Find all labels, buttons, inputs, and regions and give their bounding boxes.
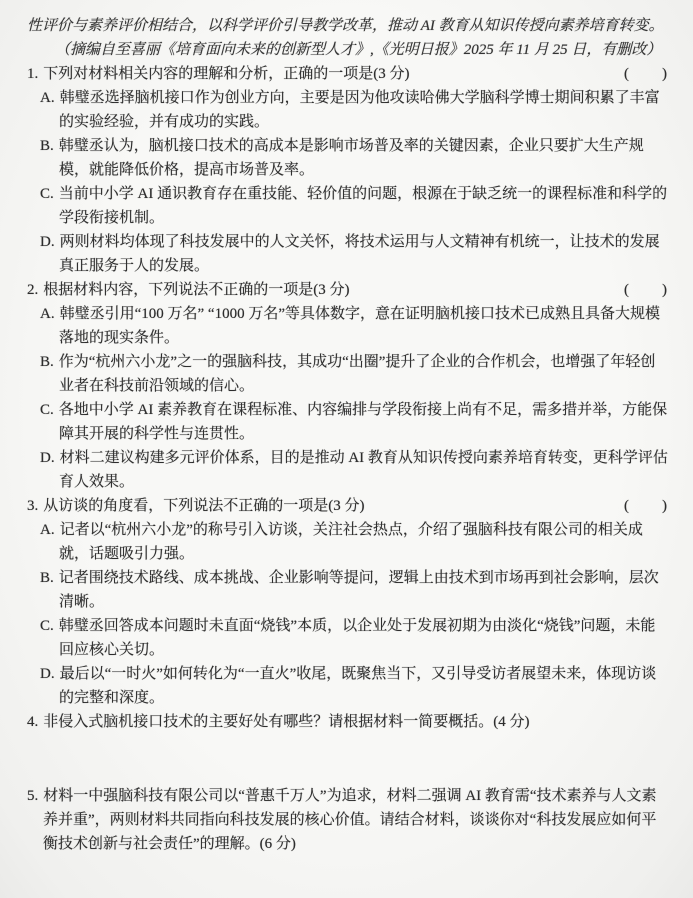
option-label: A. xyxy=(40,306,55,322)
question-stem-text: 非侵入式脑机接口技术的主要好处有哪些？请根据材料一简要概括。(4 分) xyxy=(43,714,529,730)
question-2-option-d: D.材料二建议构建多元评价体系，目的是推动 AI 教育从知识传授向素养培育转变，… xyxy=(40,446,668,494)
question-1-option-a: A.韩璧丞选择脑机接口作为创业方向，主要是因为他攻读哈佛大学脑科学博士期间积累了… xyxy=(40,86,668,134)
question-4-stem: 4.非侵入式脑机接口技术的主要好处有哪些？请根据材料一简要概括。(4 分) xyxy=(27,710,668,734)
question-number: 1. xyxy=(27,62,38,86)
question-3-option-b: B.记者围绕技术路线、成本挑战、企业影响等提问，逻辑上由技术到市场再到社会影响，… xyxy=(40,566,668,614)
question-5: 5.材料一中强脑科技有限公司以“普惠千万人”为追求，材料二强调 AI 教育需“技… xyxy=(27,784,668,856)
option-text: 最后以“一时火”如何转化为“一直火”收尾，既聚焦当下，又引导受访者展望未来，体现… xyxy=(59,666,656,706)
question-stem-text: 从访谈的角度看，下列说法不正确的一项是(3 分) xyxy=(43,494,616,518)
option-text: 作为“杭州六小龙”之一的强脑科技，其成功“出圈”提升了企业的合作机会，也增强了年… xyxy=(59,354,656,394)
option-text: 韩璧丞认为，脑机接口技术的高成本是影响市场普及率的关键因素，企业只要扩大生产规模… xyxy=(59,138,644,178)
option-text: 当前中小学 AI 通识教育存在重技能、轻价值的问题，根源在于缺乏统一的课程标准和… xyxy=(59,186,667,226)
intro-line-1: 性评价与素养评价相结合，以科学评价引导教学改革，推动 AI 教育从知识传授向素养… xyxy=(27,14,668,38)
question-1-stem: 1. 下列对材料相关内容的理解和分析，正确的一项是(3 分) ( ) xyxy=(27,62,668,86)
question-2-option-b: B.作为“杭州六小龙”之一的强脑科技，其成功“出圈”提升了企业的合作机会，也增强… xyxy=(40,350,668,398)
question-stem-text: 材料一中强脑科技有限公司以“普惠千万人”为追求，材料二强调 AI 教育需“技术素… xyxy=(43,788,657,852)
question-3-option-a: A.记者以“杭州六小龙”的称号引入访谈，关注社会热点，介绍了强脑科技有限公司的相… xyxy=(40,518,668,566)
option-label: D. xyxy=(40,234,55,250)
exam-page: 性评价与素养评价相结合，以科学评价引导教学改革，推动 AI 教育从知识传授向素养… xyxy=(0,0,693,898)
option-label: B. xyxy=(40,354,54,370)
option-text: 材料二建议构建多元评价体系，目的是推动 AI 教育从知识传授向素养培育转变，更科… xyxy=(59,450,668,490)
option-label: D. xyxy=(40,450,55,466)
option-text: 两则材料均体现了科技发展中的人文关怀，将技术运用与人文精神有机统一，让技术的发展… xyxy=(59,234,660,274)
question-number: 5. xyxy=(27,788,38,804)
question-number: 2. xyxy=(27,278,38,302)
option-text: 韩璧丞引用“100 万名” “1000 万名”等具体数字，意在证明脑机接口技术已… xyxy=(59,306,660,346)
question-2-stem: 2. 根据材料内容，下列说法不正确的一项是(3 分) ( ) xyxy=(27,278,668,302)
option-label: C. xyxy=(40,186,54,202)
question-2-option-a: A.韩璧丞引用“100 万名” “1000 万名”等具体数字，意在证明脑机接口技… xyxy=(40,302,668,350)
question-1-option-d: D.两则材料均体现了科技发展中的人文关怀，将技术运用与人文精神有机统一，让技术的… xyxy=(40,230,668,278)
question-3-option-d: D.最后以“一时火”如何转化为“一直火”收尾，既聚焦当下，又引导受访者展望未来，… xyxy=(40,662,668,710)
option-text: 韩璧丞选择脑机接口作为创业方向，主要是因为他攻读哈佛大学脑科学博士期间积累了丰富… xyxy=(59,90,660,130)
answer-brackets: ( ) xyxy=(624,494,668,518)
question-1-option-c: C.当前中小学 AI 通识教育存在重技能、轻价值的问题，根源在于缺乏统一的课程标… xyxy=(40,182,668,230)
option-text: 各地中小学 AI 素养教育在课程标准、内容编排与学段衔接上尚有不足，需多措并举，… xyxy=(59,402,667,442)
answer-brackets: ( ) xyxy=(624,62,668,86)
option-text: 记者围绕技术路线、成本挑战、企业影响等提问，逻辑上由技术到市场再到社会影响，层次… xyxy=(59,570,659,610)
option-label: B. xyxy=(40,570,54,586)
question-3-option-c: C.韩璧丞回答成本问题时未直面“烧钱”本质，以企业处于发展初期为由淡化“烧钱”问… xyxy=(40,614,668,662)
question-3: 3. 从访谈的角度看，下列说法不正确的一项是(3 分) ( ) A.记者以“杭州… xyxy=(27,494,668,710)
question-number: 4. xyxy=(27,714,38,730)
answer-brackets: ( ) xyxy=(624,278,668,302)
option-label: C. xyxy=(40,618,54,634)
question-4: 4.非侵入式脑机接口技术的主要好处有哪些？请根据材料一简要概括。(4 分) xyxy=(27,710,668,734)
question-3-stem: 3. 从访谈的角度看，下列说法不正确的一项是(3 分) ( ) xyxy=(27,494,668,518)
option-label: C. xyxy=(40,402,54,418)
question-number: 3. xyxy=(27,494,38,518)
question-stem-text: 下列对材料相关内容的理解和分析，正确的一项是(3 分) xyxy=(43,62,616,86)
answer-writing-space xyxy=(27,734,668,784)
question-2-option-c: C.各地中小学 AI 素养教育在课程标准、内容编排与学段衔接上尚有不足，需多措并… xyxy=(40,398,668,446)
question-5-stem: 5.材料一中强脑科技有限公司以“普惠千万人”为追求，材料二强调 AI 教育需“技… xyxy=(27,784,668,856)
question-1: 1. 下列对材料相关内容的理解和分析，正确的一项是(3 分) ( ) A.韩璧丞… xyxy=(27,62,668,278)
option-label: B. xyxy=(40,138,54,154)
question-2: 2. 根据材料内容，下列说法不正确的一项是(3 分) ( ) A.韩璧丞引用“1… xyxy=(27,278,668,494)
option-text: 韩璧丞回答成本问题时未直面“烧钱”本质，以企业处于发展初期为由淡化“烧钱”问题，… xyxy=(59,618,656,658)
option-label: A. xyxy=(40,522,55,538)
option-text: 记者以“杭州六小龙”的称号引入访谈，关注社会热点，介绍了强脑科技有限公司的相关成… xyxy=(59,522,643,562)
option-label: D. xyxy=(40,666,55,682)
question-1-option-b: B.韩璧丞认为，脑机接口技术的高成本是影响市场普及率的关键因素，企业只要扩大生产… xyxy=(40,134,668,182)
source-attribution: （摘编自至喜丽《培育面向未来的创新型人才》,《光明日报》2025 年 11 月 … xyxy=(27,38,668,62)
option-label: A. xyxy=(40,90,55,106)
question-stem-text: 根据材料内容，下列说法不正确的一项是(3 分) xyxy=(43,278,616,302)
